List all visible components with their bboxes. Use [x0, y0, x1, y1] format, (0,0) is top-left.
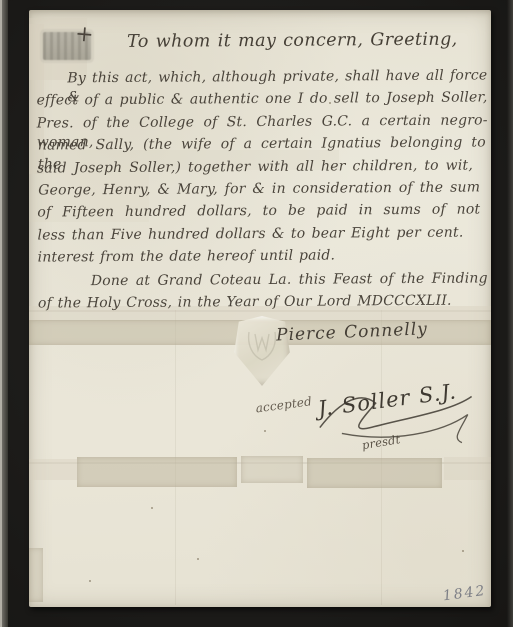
body-line: less than Five hundred dollars & to bear…	[37, 224, 463, 248]
body-line: effect of a public & authentic one I do …	[36, 88, 487, 112]
handwriting-layer: + To whom it may concern, Greeting, By t…	[27, 8, 493, 608]
body-line: By this act, which, although private, sh…	[67, 66, 487, 90]
body-line: George, Henry, & Mary, for & in consider…	[38, 178, 480, 202]
scanned-manuscript-photo: + To whom it may concern, Greeting, By t…	[0, 0, 513, 627]
seller-signature: Pierce Connelly	[276, 320, 428, 347]
document-heading: To whom it may concern, Greeting,	[127, 31, 458, 54]
body-line: named Sally, (the wife of a certain Igna…	[38, 133, 486, 157]
cross-mark: +	[74, 25, 94, 47]
photo-edge-shadow	[2, 0, 8, 627]
pencil-year: 1842	[442, 582, 488, 608]
manuscript-paper: + To whom it may concern, Greeting, By t…	[29, 10, 491, 607]
closing-line: of the Holy Cross, in the Year of Our Lo…	[38, 292, 452, 316]
photo-edge-right	[507, 0, 513, 627]
body-line: said Joseph Soller,) together with all h…	[37, 157, 473, 181]
closing-line: Done at Grand Coteau La. this Feast of t…	[91, 269, 488, 293]
body-line: Pres. of the College of St. Charles G.C.…	[37, 111, 488, 135]
body-line: of Fifteen hundred dollars, to be paid i…	[37, 200, 480, 224]
body-line: interest from the date hereof until paid…	[38, 246, 336, 269]
